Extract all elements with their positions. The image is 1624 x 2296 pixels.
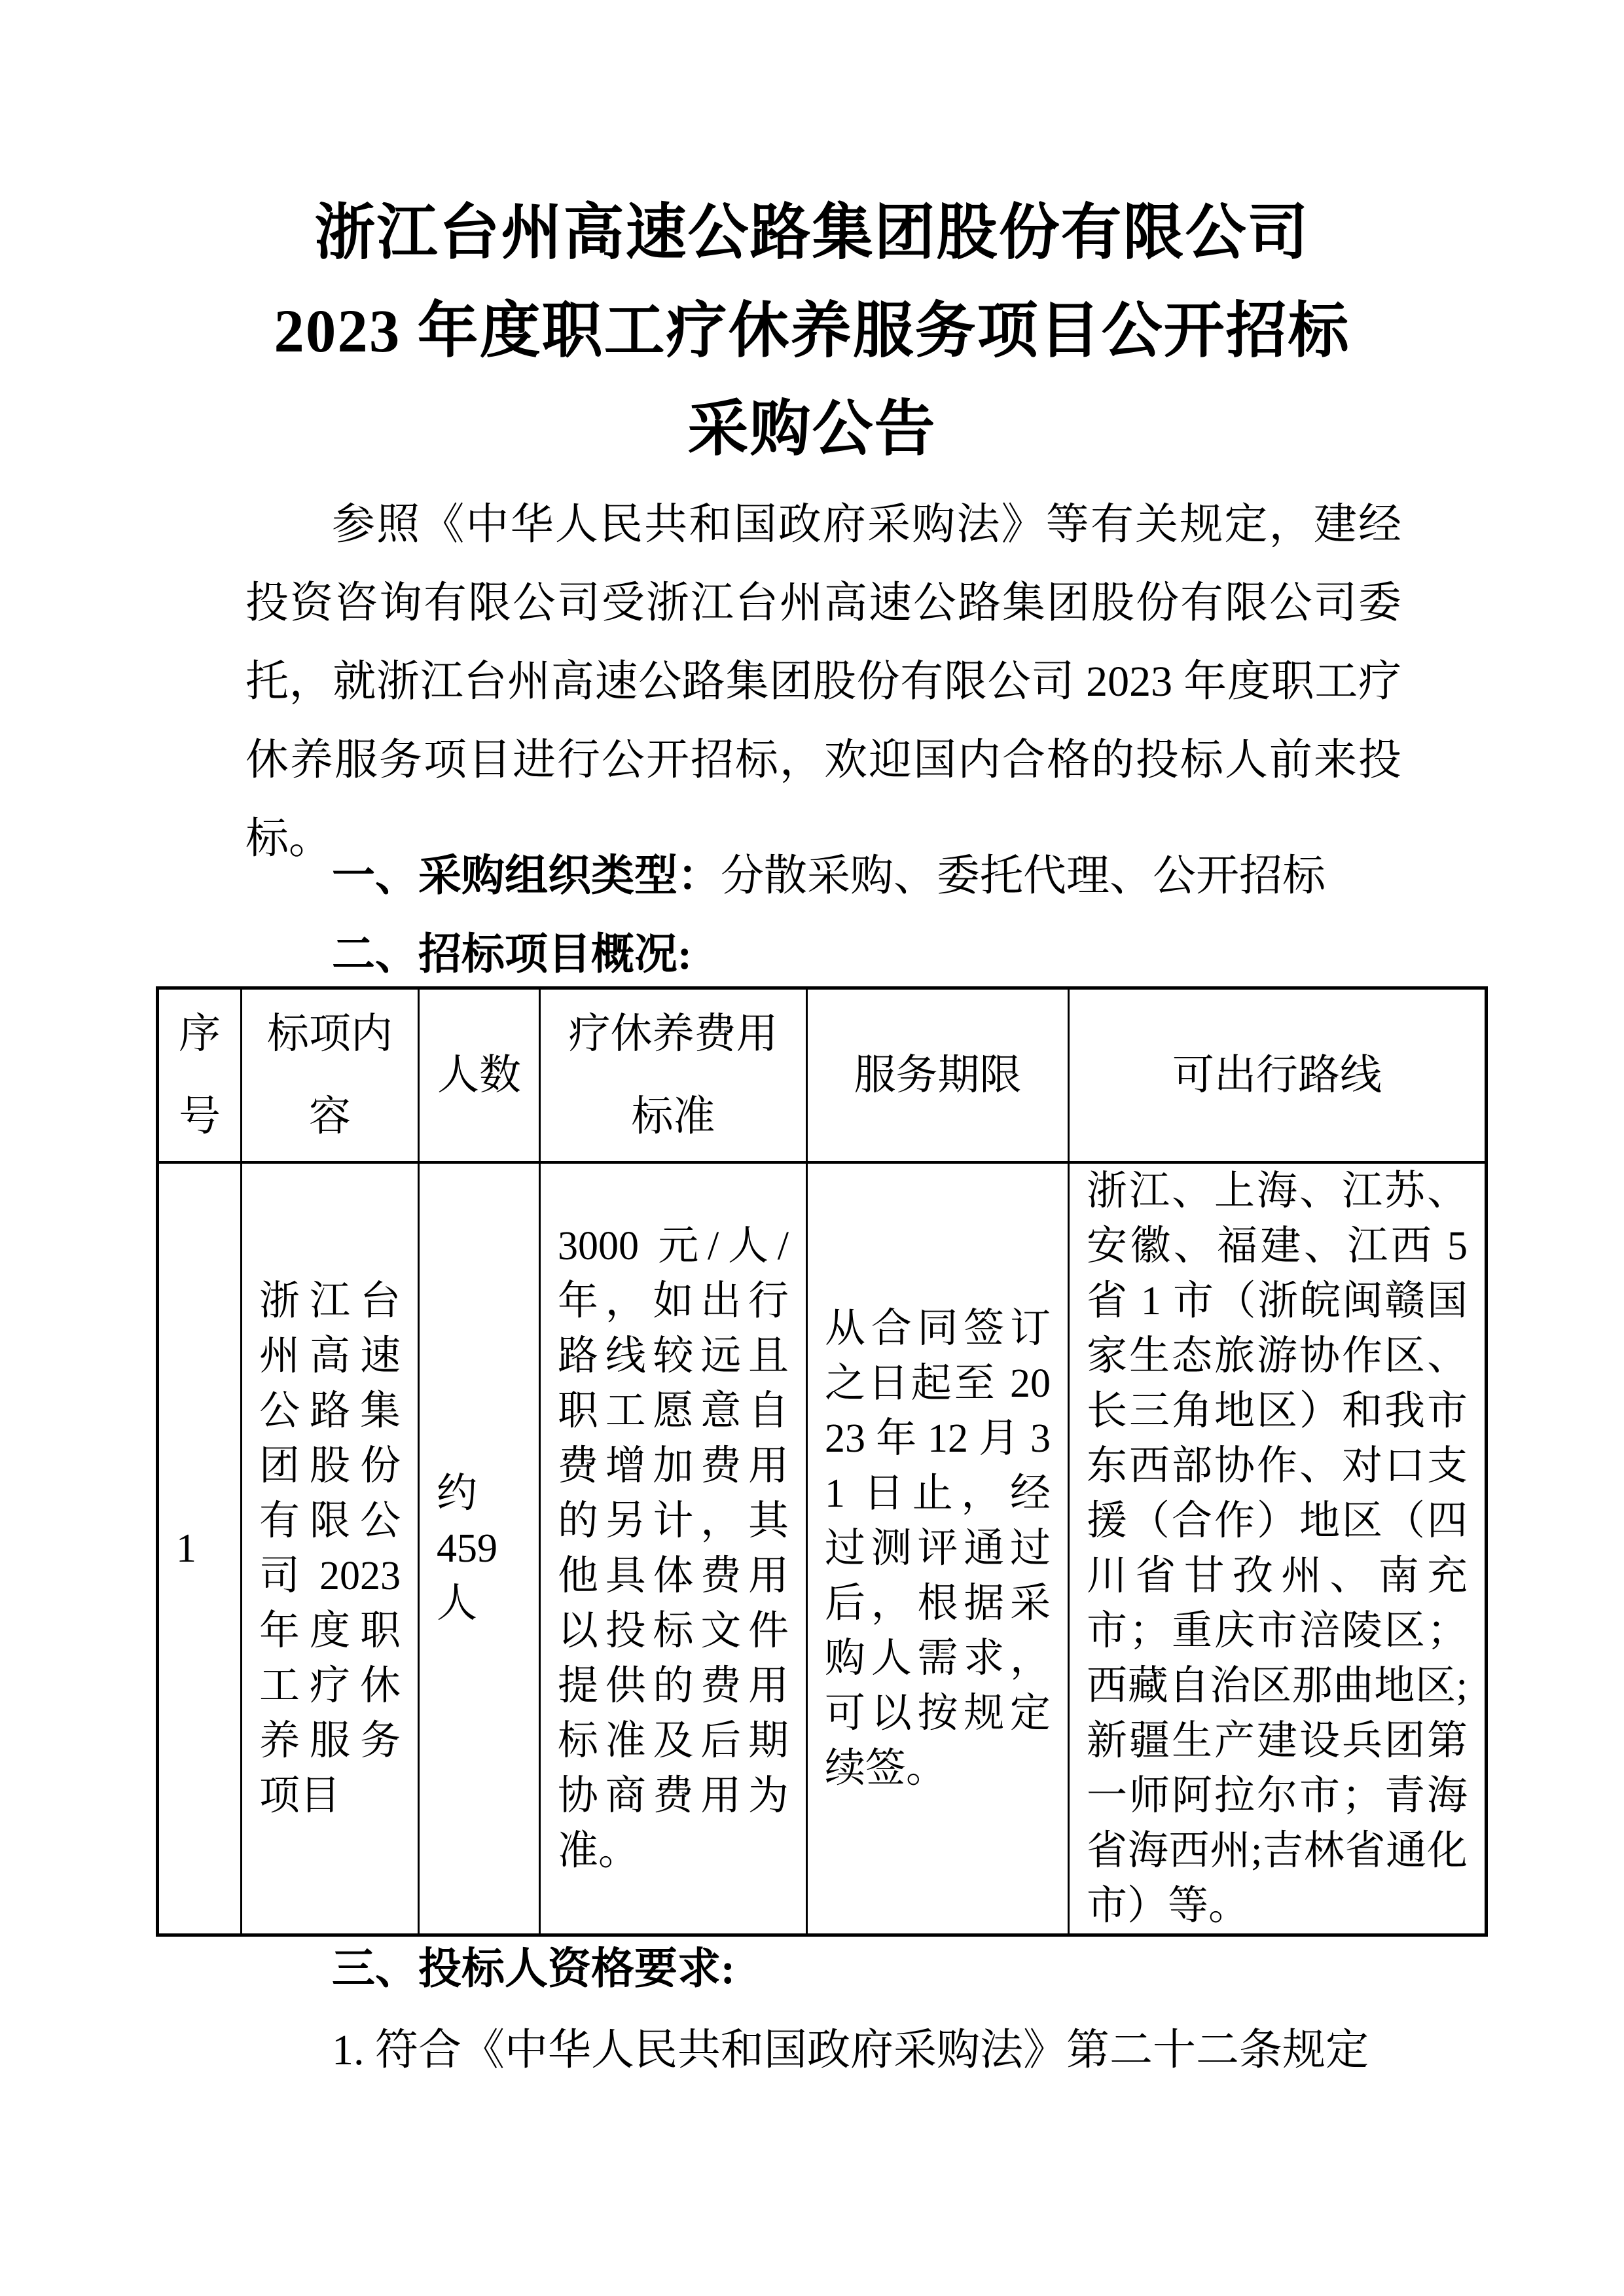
cell-people: 约 459 人 (419, 1162, 540, 1935)
section-heading-project-overview: 二、招标项目概况: (332, 924, 692, 986)
intro-paragraph: 参照《中华人民共和国政府采购法》等有关规定，建经投资咨询有限公司受浙江台州高速公… (245, 486, 1401, 878)
table-header-row: 序 号 标项内 容 人数 疗休养费用 标准 服务期限 可出行路线 (158, 988, 1487, 1162)
header-content: 标项内 容 (242, 988, 419, 1162)
qualification-item-1: 1. 符合《中华人民共和国政府采购法》第二十二条规定 (332, 2020, 1369, 2081)
header-fee-standard: 疗休养费用 标准 (540, 988, 807, 1162)
header-service-period: 服务期限 (807, 988, 1069, 1162)
cell-content: 浙江台州高速公路集团股份有限公司 2023 年度职工疗休养服务项目 (242, 1162, 419, 1935)
cell-service-period: 从合同签订之日起至 2023 年 12 月 31 日止，经过测评通过后，根据采购… (807, 1162, 1069, 1935)
cell-seq: 1 (158, 1162, 242, 1935)
header-routes: 可出行路线 (1069, 988, 1487, 1162)
section-heading-bidder-qualification: 三、投标人资格要求: (332, 1939, 735, 2000)
document-title: 浙江台州高速公路集团股份有限公司 2023 年度职工疗休养服务项目公开招标 采购… (0, 185, 1624, 479)
table-row: 1 浙江台州高速公路集团股份有限公司 2023 年度职工疗休养服务项目 约 45… (158, 1162, 1487, 1935)
header-people: 人数 (419, 988, 540, 1162)
project-overview-table: 序 号 标项内 容 人数 疗休养费用 标准 服务期限 可出行路线 1 浙江台州高… (156, 986, 1488, 1937)
title-line-3: 采购公告 (0, 381, 1624, 479)
document-page: 浙江台州高速公路集团股份有限公司 2023 年度职工疗休养服务项目公开招标 采购… (0, 0, 1624, 2296)
section-1-value: 分散采购、委托代理、公开招标 (721, 852, 1326, 900)
section-1-label: 一、采购组织类型： (332, 852, 721, 900)
cell-fee-standard: 3000 元/人/年，如出行路线较远且职工愿意自费增加费用的另计，其他具体费用以… (540, 1162, 807, 1935)
cell-routes: 浙江、上海、江苏、安徽、福建、江西 5 省 1 市（浙皖闽赣国家生态旅游协作区、… (1069, 1162, 1487, 1935)
header-seq: 序 号 (158, 988, 242, 1162)
title-line-2: 2023 年度职工疗休养服务项目公开招标 (0, 283, 1624, 381)
title-line-1: 浙江台州高速公路集团股份有限公司 (0, 185, 1624, 283)
section-heading-procurement-type: 一、采购组织类型：分散采购、委托代理、公开招标 (332, 846, 1326, 907)
